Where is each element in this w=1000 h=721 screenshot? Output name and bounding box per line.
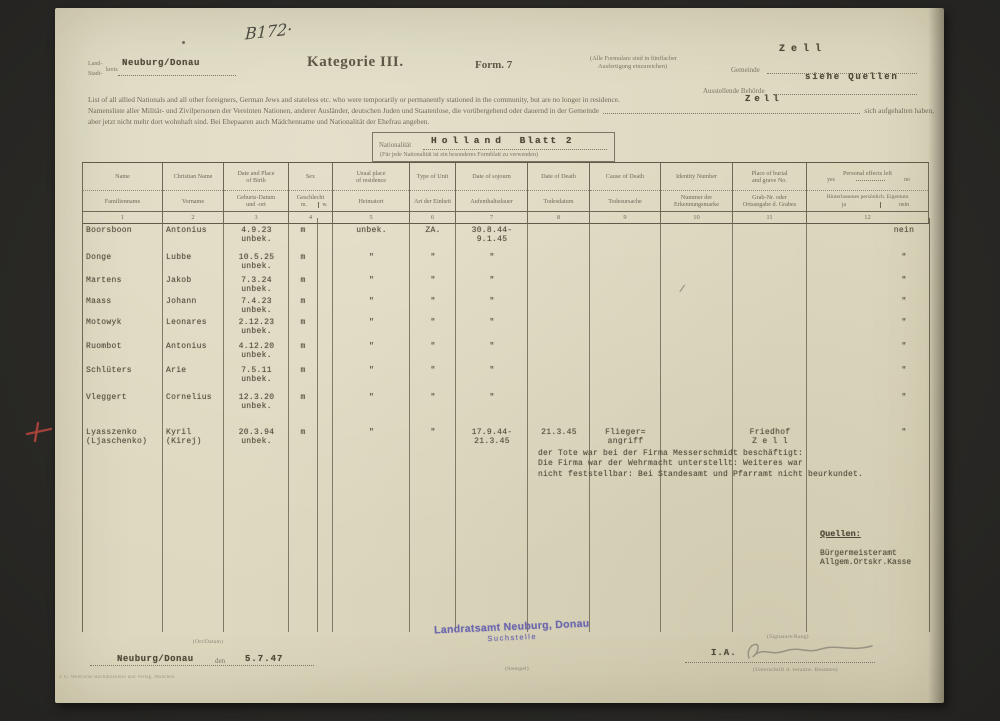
- header-english-line: Cause of Death: [591, 173, 659, 180]
- table-cell: ": [333, 367, 410, 376]
- table-cell: ": [879, 254, 929, 263]
- table-cell: m: [289, 429, 317, 438]
- cell-line: ": [410, 298, 456, 307]
- table-header-cell: Personal effects leftyesnoHinterlassenes…: [807, 163, 929, 223]
- cell-line: ": [333, 367, 410, 376]
- cell-line: m: [289, 367, 317, 376]
- cell-line: Cornelius: [166, 394, 224, 403]
- header-german-label: Vorname: [163, 191, 223, 211]
- annotation-line3: nicht feststellbar: Bei Standesamt und P…: [538, 470, 863, 480]
- header-sub-split: m.w.: [290, 202, 331, 209]
- header-english-line: Identity Number: [662, 173, 731, 180]
- table-cell: 12.3.20unbek.: [224, 394, 289, 411]
- header-german-line: und -ort: [225, 201, 287, 208]
- date-value: 5.7.47: [245, 654, 283, 664]
- cell-line: unbek.: [224, 403, 289, 412]
- cell-line: ": [456, 394, 528, 403]
- sub-right: no: [887, 177, 927, 184]
- cell-line: 9.1.45: [456, 236, 528, 245]
- sources-line1: Bürgermeisteramt: [820, 549, 911, 558]
- table-cell: ": [456, 343, 528, 352]
- header-german-line: Erkennungsmarke: [662, 201, 731, 208]
- cell-line: ": [879, 254, 929, 263]
- cell-line: ": [333, 429, 410, 438]
- cell-line: ": [879, 298, 929, 307]
- nationality-label: Nationalität: [379, 142, 411, 149]
- stadt-label: Stadt-: [88, 71, 102, 77]
- cell-line: ZA.: [410, 227, 456, 236]
- cell-line: m: [289, 394, 317, 403]
- table-header-cell: Usual placeof residenceHeimatort5: [333, 163, 410, 223]
- table-body: BoorsboonAntonius4.9.23unbek.munbek.ZA.3…: [82, 218, 930, 632]
- table-cell: ": [879, 429, 929, 438]
- table-cell: Lyasszenko(Ljaschenko): [86, 429, 163, 446]
- cell-line: Motowyk: [86, 319, 163, 328]
- cell-line: unbek.: [224, 376, 289, 385]
- table-cell: ": [879, 343, 929, 352]
- cell-line: Schlüters: [86, 367, 163, 376]
- table-header-cell: Date and Placeof BirthGeburts-Datumund -…: [224, 163, 289, 223]
- table-cell: Motowyk: [86, 319, 163, 328]
- table-cell: 4.9.23unbek.: [224, 227, 289, 244]
- sub-left: yes: [808, 177, 854, 184]
- cell-line: Arie: [166, 367, 224, 376]
- header-english-label: Date of Death: [528, 163, 589, 191]
- cell-line: unbek.: [224, 263, 289, 272]
- header-german-line: Nummer der: [662, 194, 731, 201]
- header-german-line: Familienname: [84, 198, 161, 205]
- header-german-line: Grab-Nr. oder: [734, 194, 805, 201]
- cell-line: ": [410, 367, 456, 376]
- table-cell: FriedhofZ e l l: [733, 429, 807, 446]
- cell-line: unbek.: [224, 438, 289, 447]
- header-english-line: and grave No.: [734, 177, 805, 184]
- kreis-dotted-line: [118, 74, 236, 76]
- header-german-line: Heimatort: [334, 198, 408, 205]
- cell-line: ": [333, 319, 410, 328]
- sub-left: ja: [808, 202, 881, 209]
- cell-line: Martens: [86, 277, 163, 286]
- header-german-label: Heimatort: [333, 191, 409, 211]
- header-german-label: Grab-Nr. oderOrtsangabe d. Grabes: [733, 191, 806, 211]
- land-label: Land-: [88, 61, 102, 67]
- nationality-note: (Für jede Nationalität ist ein besondere…: [380, 152, 538, 158]
- header-english-label: Date of sojourn: [456, 163, 527, 191]
- table-cell: m: [289, 319, 317, 328]
- cell-line: Boorsboon: [86, 227, 163, 236]
- header-english-line: Date and Place: [225, 170, 287, 177]
- handwritten-archive-number: B172·: [245, 19, 293, 43]
- table-cell: ": [333, 319, 410, 328]
- header-german-line: Vorname: [164, 198, 222, 205]
- table-cell: Arie: [166, 367, 224, 376]
- sub-right: w.: [319, 202, 331, 209]
- gemeinde-label: Gemeinde: [731, 66, 760, 74]
- table-cell: ": [456, 298, 528, 307]
- table-cell: ": [333, 298, 410, 307]
- header-german-line: Aufenthaltsdauer: [457, 198, 526, 205]
- table-header-cell: Date of DeathTodesdatum8: [528, 163, 590, 223]
- annotation-line1: der Tote war bei der Firma Messerschmidt…: [538, 449, 863, 459]
- cell-line: ": [879, 394, 929, 403]
- header-english-label: Sex: [289, 163, 332, 191]
- cell-line: Antonius: [166, 343, 224, 352]
- cell-line: m: [289, 429, 317, 438]
- table-cell: ": [456, 367, 528, 376]
- table-header-cell: Date of sojournAufenthaltsdauer7: [456, 163, 528, 223]
- table-cell: ": [410, 254, 456, 263]
- table-cell: ": [879, 367, 929, 376]
- cell-line: unbek.: [224, 236, 289, 245]
- header-english-label: Identity Number: [661, 163, 732, 191]
- kreis-label: kreis: [106, 67, 118, 73]
- table-cell: Vleggert: [86, 394, 163, 403]
- cell-line: ": [410, 319, 456, 328]
- column-line: [732, 218, 733, 632]
- header-english-line: Date of Death: [529, 173, 588, 180]
- cell-line: Maass: [86, 298, 163, 307]
- kreis-block: Land- Stadt- kreis Neuburg/Donau: [88, 58, 238, 80]
- table-cell: Maass: [86, 298, 163, 307]
- header-german-label: Familienname: [83, 191, 162, 211]
- header-english-label: Cause of Death: [590, 163, 660, 191]
- table-cell: ": [456, 254, 528, 263]
- table-cell: 17.9.44-21.3.45: [456, 429, 528, 446]
- header-english-line: Place of burial: [734, 170, 805, 177]
- table-cell: ": [333, 277, 410, 286]
- table-cell: Cornelius: [166, 394, 224, 403]
- table-cell: ": [333, 254, 410, 263]
- header-english-line: Personal effects left: [808, 170, 927, 177]
- table-header-cell: SexGeschlechtm.w.4: [289, 163, 333, 223]
- kreis-value: Neuburg/Donau: [122, 58, 200, 68]
- table-header-cell: Cause of DeathTodesursache9: [590, 163, 661, 223]
- table-cell: nein: [879, 227, 929, 236]
- cell-line: Vleggert: [86, 394, 163, 403]
- cell-line: ": [333, 254, 410, 263]
- cell-line: ": [410, 394, 456, 403]
- table-cell: ": [410, 277, 456, 286]
- table-cell: ZA.: [410, 227, 456, 236]
- cell-line: Donge: [86, 254, 163, 263]
- table-cell: ": [456, 319, 528, 328]
- cell-line: ": [410, 254, 456, 263]
- cell-line: m: [289, 298, 317, 307]
- cell-line: Jakob: [166, 277, 224, 286]
- cell-line: m: [289, 343, 317, 352]
- header-english-label: Place of burialand grave No.: [733, 163, 806, 191]
- cell-line: angriff: [590, 438, 661, 447]
- header-german-line: Todesursache: [591, 198, 659, 205]
- cell-line: Lubbe: [166, 254, 224, 263]
- header-sub-yes-no: yesno: [808, 177, 927, 184]
- annotation-line2: Die Firma war der Wehrmacht unterstellt:…: [538, 459, 863, 469]
- cell-line: ": [879, 429, 929, 438]
- cell-line: ": [333, 298, 410, 307]
- header-english-line: of residence: [334, 177, 408, 184]
- sources-title: Quellen:: [820, 529, 911, 539]
- table-cell: Ruombot: [86, 343, 163, 352]
- table-header-cell: Place of burialand grave No.Grab-Nr. ode…: [733, 163, 807, 223]
- header-english-line: Date of sojourn: [457, 173, 526, 180]
- header-english-label: Date and Placeof Birth: [224, 163, 288, 191]
- signature-line: [685, 661, 875, 663]
- header-german-label: Geschlechtm.w.: [289, 191, 332, 211]
- table-cell: ": [333, 394, 410, 403]
- header-english-label: Type of Unit: [410, 163, 455, 191]
- header-german-label: Aufenthaltsdauer: [456, 191, 527, 211]
- header-english-line: Sex: [290, 173, 331, 180]
- intro-line2-text: Namensliste aller Militär- und Zivilpers…: [88, 107, 599, 115]
- intro-line2-suffix: sich aufgehalten haben,: [864, 107, 934, 115]
- form-number: Form. 7: [475, 59, 512, 71]
- header-german-label: Nummer derErkennungsmarke: [661, 191, 732, 211]
- cell-line: (Kirej): [166, 438, 224, 447]
- table-cell: ": [879, 277, 929, 286]
- header-german-line: Geburts-Datum: [225, 194, 287, 201]
- table-cell: ": [410, 343, 456, 352]
- header-english-line: of Birth: [225, 177, 287, 184]
- table-cell: ": [410, 367, 456, 376]
- table-cell: Antonius: [166, 343, 224, 352]
- place-date-line: [90, 664, 314, 666]
- table-cell: Martens: [86, 277, 163, 286]
- category-title: Kategorie III.: [307, 54, 404, 71]
- copies-note-line2: Ausfertigung einzureichen): [590, 63, 750, 71]
- table-cell: 4.12.20unbek.: [224, 343, 289, 360]
- den-label: den: [215, 657, 225, 665]
- table-cell: ": [879, 298, 929, 307]
- sub-right: nein: [881, 202, 927, 209]
- intro-line1-english: List of all allied Nationals and all oth…: [88, 96, 620, 104]
- header-english-line: Usual place: [334, 170, 408, 177]
- cell-line: ": [333, 277, 410, 286]
- table-cell: m: [289, 298, 317, 307]
- sources-block: Quellen: Bürgermeisteramt Allgem.Ortskr.…: [820, 529, 911, 567]
- pencil-slash-mark: /: [678, 285, 685, 297]
- cell-line: ": [410, 429, 456, 438]
- gemeinde-value: Zell: [779, 44, 827, 55]
- cell-line: ": [333, 394, 410, 403]
- table-cell: Schlüters: [86, 367, 163, 376]
- table-cell: m: [289, 254, 317, 263]
- table-cell: 7.4.23unbek.: [224, 298, 289, 315]
- table-cell: m: [289, 277, 317, 286]
- cell-line: unbek.: [224, 286, 289, 295]
- table-header-cell: Type of UnitArt der Einheit6: [410, 163, 456, 223]
- cell-line: Ruombot: [86, 343, 163, 352]
- cell-line: ": [879, 319, 929, 328]
- header-english-label: Christian Name: [163, 163, 223, 191]
- header-sub-split: janein: [808, 202, 927, 209]
- copies-note: (Alle Formulare sind in fünffacher Ausfe…: [590, 55, 750, 70]
- behoerde-value: siehe Quellen: [805, 72, 899, 82]
- column-line: [589, 218, 590, 632]
- header-german-line: Art der Einheit: [411, 198, 454, 205]
- cell-line: unbek.: [224, 307, 289, 316]
- cell-line: ": [879, 367, 929, 376]
- death-annotation: der Tote war bei der Firma Messerschmidt…: [538, 449, 863, 480]
- table-cell: ": [410, 298, 456, 307]
- table-cell: 7.5.11unbek.: [224, 367, 289, 384]
- table-cell: 21.3.45: [528, 429, 590, 438]
- table-cell: ": [456, 394, 528, 403]
- cell-line: Johann: [166, 298, 224, 307]
- cell-line: m: [289, 254, 317, 263]
- cell-line: ": [456, 367, 528, 376]
- form-sheet: B172· Land- Stadt- kreis Neuburg/Donau K…: [55, 8, 944, 703]
- nationality-country: Holland: [431, 135, 506, 146]
- table-cell: ": [456, 277, 528, 286]
- header-english-line: Name: [84, 173, 161, 180]
- table-cell: ": [410, 429, 456, 438]
- table-cell: ": [333, 429, 410, 438]
- table-cell: Donge: [86, 254, 163, 263]
- table-header-cell: NameFamilienname1: [83, 163, 163, 223]
- table-cell: Boorsboon: [86, 227, 163, 236]
- header-english-line: Type of Unit: [411, 173, 454, 180]
- unterschrift-label: (Unterschrift d. verantw. Beamten): [753, 667, 838, 673]
- sources-line2: Allgem.Ortskr.Kasse: [820, 558, 911, 567]
- sub-dotted: [856, 179, 885, 181]
- table-cell: ": [879, 394, 929, 403]
- ort-datum-label: (Ort/Datum): [193, 639, 223, 645]
- place-value: Neuburg/Donau: [117, 654, 194, 664]
- cell-line: ": [456, 277, 528, 286]
- intro-line3-german: aber jetzt nicht mehr dort wohnhaft sind…: [88, 118, 429, 126]
- table-cell: m: [289, 394, 317, 403]
- cell-line: unbek.: [333, 227, 410, 236]
- cell-line: nein: [879, 227, 929, 236]
- table-header: NameFamilienname1Christian NameVorname2D…: [82, 162, 929, 224]
- nationality-box: Nationalität Holland Blatt 2 (Für jede N…: [372, 132, 615, 162]
- cell-line: m: [289, 319, 317, 328]
- cell-line: ": [879, 277, 929, 286]
- table-header-cell: Identity NumberNummer derErkennungsmarke…: [661, 163, 733, 223]
- cell-line: ": [456, 254, 528, 263]
- table-cell: 2.12.23unbek.: [224, 319, 289, 336]
- table-cell: Leonares: [166, 319, 224, 328]
- handwritten-signature: [739, 636, 879, 664]
- cell-line: 21.3.45: [456, 438, 528, 447]
- cell-line: unbek.: [224, 328, 289, 337]
- intro-inline-place: Zell: [745, 94, 783, 104]
- stempel-label: (Stempel): [505, 666, 529, 672]
- table-cell: m: [289, 343, 317, 352]
- column-line: [806, 218, 807, 632]
- table-cell: 7.3.24unbek.: [224, 277, 289, 294]
- cell-line: Antonius: [166, 227, 224, 236]
- table-cell: ": [410, 319, 456, 328]
- header-german-line: Ortsangabe d. Grabes: [734, 201, 805, 208]
- nationality-sheet: Blatt 2: [520, 135, 574, 146]
- table-cell: m: [289, 227, 317, 236]
- header-german-label: Art der Einheit: [410, 191, 455, 211]
- behoerde-dotted-line: [773, 93, 917, 95]
- cell-line: Z e l l: [733, 438, 807, 447]
- sex-subcolumn-line: [317, 218, 318, 632]
- cell-line: ": [456, 319, 528, 328]
- table-cell: m: [289, 367, 317, 376]
- table-cell: 20.3.94unbek.: [224, 429, 289, 446]
- cell-line: 21.3.45: [528, 429, 590, 438]
- table-header-cell: Christian NameVorname2: [163, 163, 224, 223]
- table-cell: 10.5.25unbek.: [224, 254, 289, 271]
- header-german-label: Todesdatum: [528, 191, 589, 211]
- header-german-line: Hinterlassenes persönlich. Eigentum: [808, 194, 927, 201]
- printer-imprint: J. G. Weiß'sche Buchdruckerei und Verlag…: [59, 675, 176, 680]
- table-cell: Kyril(Kirej): [166, 429, 224, 446]
- ink-dot: [182, 41, 185, 44]
- cell-line: ": [410, 277, 456, 286]
- cell-line: (Ljaschenko): [86, 438, 163, 447]
- header-german-label: Geburts-Datumund -ort: [224, 191, 288, 211]
- cell-line: m: [289, 277, 317, 286]
- column-line: [660, 218, 661, 632]
- cell-line: ": [456, 343, 528, 352]
- scan-background: B172· Land- Stadt- kreis Neuburg/Donau K…: [0, 0, 1000, 721]
- table-cell: Antonius: [166, 227, 224, 236]
- cell-line: ": [410, 343, 456, 352]
- cell-line: ": [333, 343, 410, 352]
- cell-line: Leonares: [166, 319, 224, 328]
- cell-line: unbek.: [224, 352, 289, 361]
- header-german-line: Todesdatum: [529, 198, 588, 205]
- cell-line: m: [289, 227, 317, 236]
- table-cell: ": [410, 394, 456, 403]
- ia-label: I.A.: [711, 648, 737, 658]
- copies-note-line1: (Alle Formulare sind in fünffacher: [590, 55, 750, 63]
- table-cell: 30.8.44-9.1.45: [456, 227, 528, 244]
- header-german-label: Todesursache: [590, 191, 660, 211]
- header-english-label: Personal effects leftyesno: [807, 163, 928, 191]
- table-cell: Lubbe: [166, 254, 224, 263]
- header-german-line: Geschlecht: [290, 194, 331, 201]
- table-cell: ": [879, 319, 929, 328]
- header-english-line: Christian Name: [164, 173, 222, 180]
- intro-line2-german: Namensliste aller Militär- und Zivilpers…: [88, 107, 934, 115]
- sub-left: m.: [290, 202, 319, 209]
- nationality-value: Holland Blatt 2: [431, 135, 574, 146]
- header-english-label: Usual placeof residence: [333, 163, 409, 191]
- table-cell: ": [333, 343, 410, 352]
- red-pencil-mark: [24, 420, 54, 444]
- intro-line2-dotted-gap: [603, 112, 861, 114]
- cell-line: ": [456, 298, 528, 307]
- table-cell: Johann: [166, 298, 224, 307]
- table-cell: Flieger=angriff: [590, 429, 661, 446]
- nationality-dotted-line: [423, 148, 607, 150]
- table-cell: unbek.: [333, 227, 410, 236]
- cell-line: ": [879, 343, 929, 352]
- header-german-label: Hinterlassenes persönlich. Eigentumjanei…: [807, 191, 928, 211]
- header-english-label: Name: [83, 163, 162, 191]
- table-cell: Jakob: [166, 277, 224, 286]
